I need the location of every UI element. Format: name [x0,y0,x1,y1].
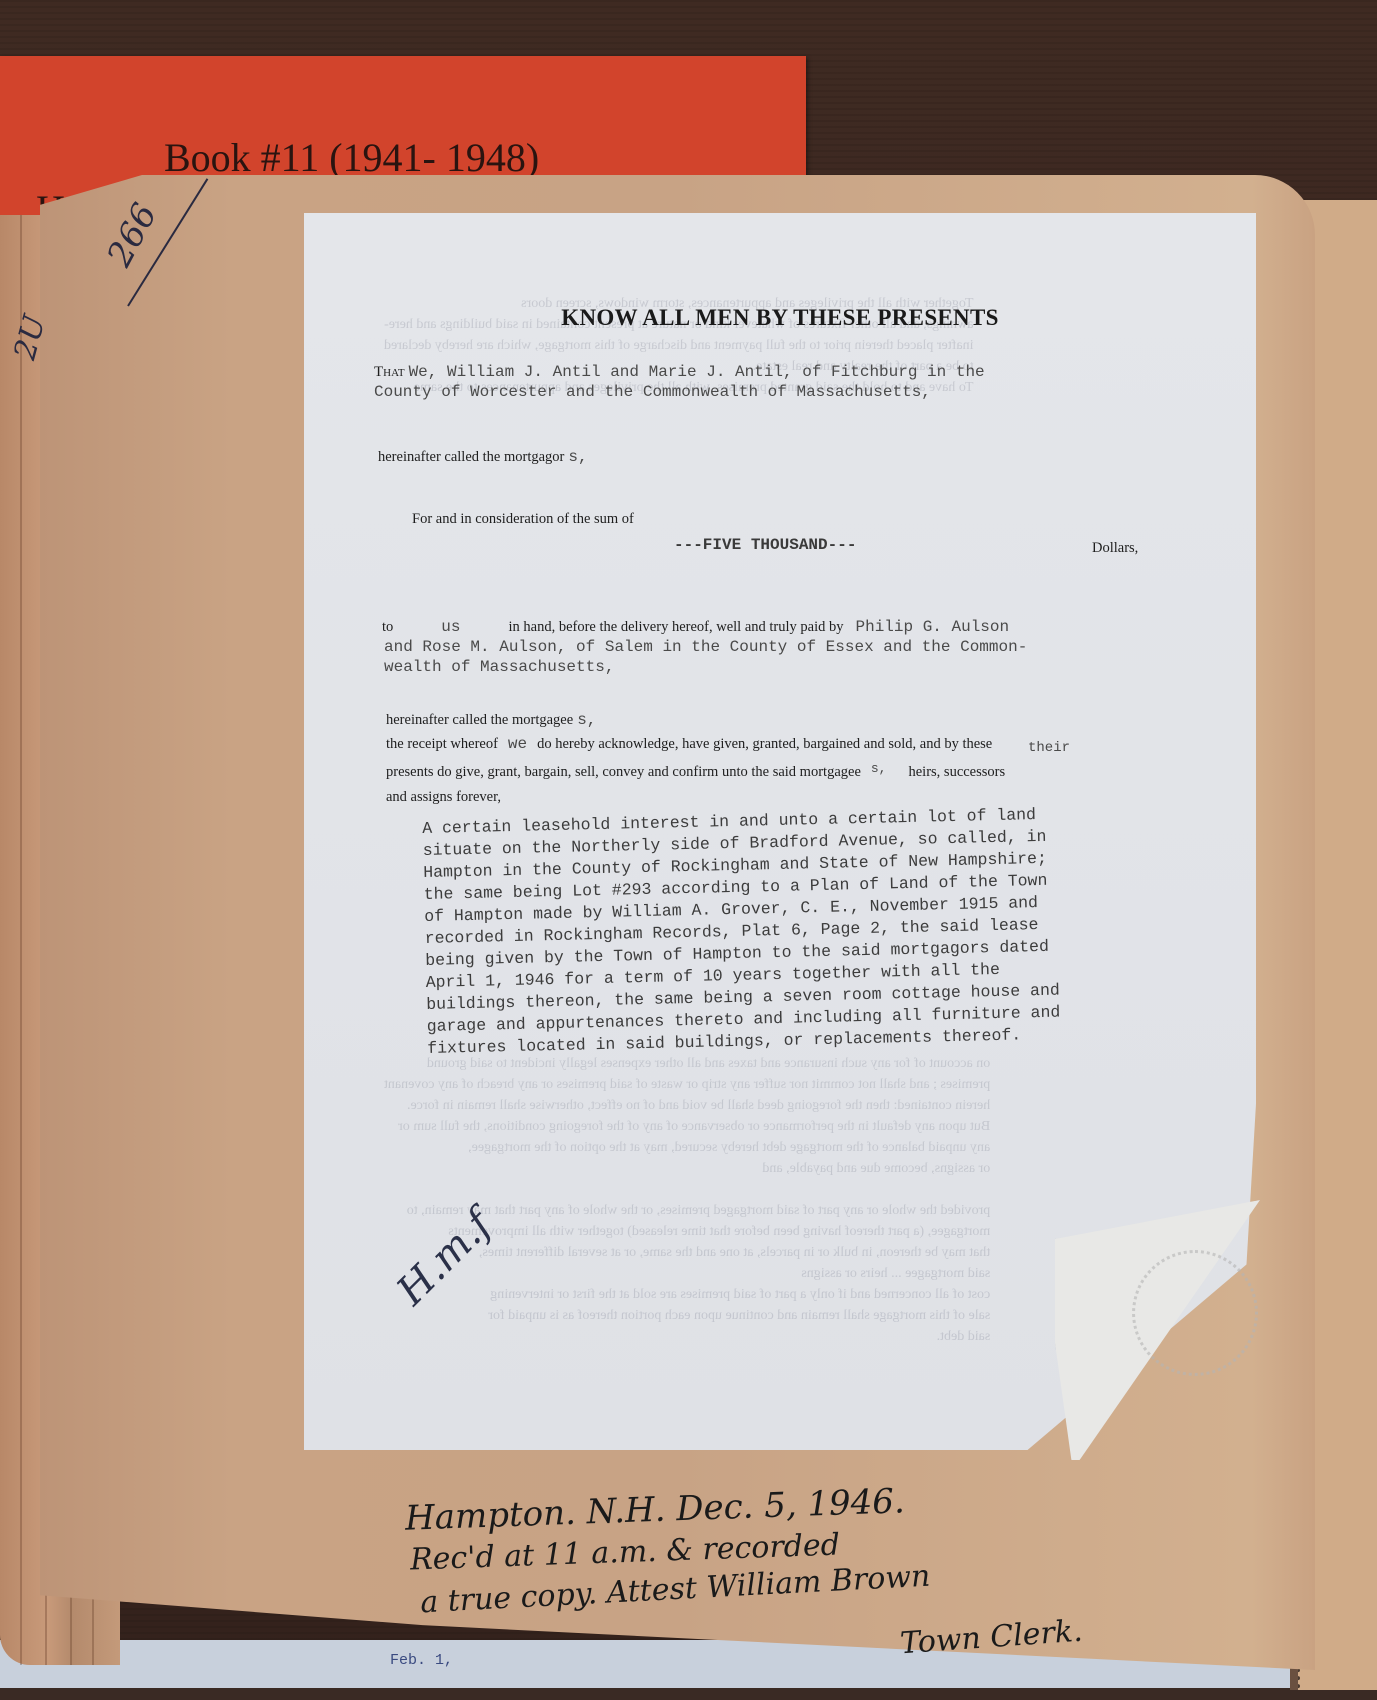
presents-row: presents do give, grant, bargain, sell, … [386,761,1005,781]
mortgagee-label: hereinafter called the mortgagee [386,712,573,728]
mortgagees-line-3: wealth of Massachusetts, [384,658,614,676]
receipt-label: the receipt whereof [386,736,498,752]
parties-block: That We, William J. Antil and Marie J. A… [374,363,985,381]
to-value: us [441,618,460,636]
red-book-title: Book #11 (1941- 1948) [164,134,539,181]
assigns-label: and assigns forever, [386,789,501,806]
paid-by-label: in hand, before the delivery hereof, wel… [508,619,843,635]
payee-row: to us in hand, before the delivery hereo… [382,618,1009,636]
dollars-label: Dollars, [1092,540,1138,557]
document-heading: KNOW ALL MEN BY THESE PRESENTS [304,305,1256,331]
presents-label: presents do give, grant, bargain, sell, … [386,764,861,780]
property-description: A certain leasehold interest in and unto… [422,801,1187,1060]
to-label: to [382,619,393,635]
receipt-rest: do hereby acknowledge, have given, grant… [537,736,992,752]
mortgagors-line-1: We, William J. Antil and Marie J. Antil,… [409,363,985,381]
mortgagors-line-2: County of Worcester and the Commonwealth… [374,383,931,401]
bleed-through-text-lower: on account of for any such insurance and… [384,1053,990,1347]
mortgagees-line-1: Philip G. Aulson [855,618,1009,636]
presents-suffix: s, [871,761,887,776]
table-edge [0,1688,1377,1700]
heirs-label: heirs, successors [908,764,1005,780]
that-label: That [374,364,405,380]
receipt-value: we [508,735,527,753]
mortgagor-row: hereinafter called the mortgagor s, [378,448,588,466]
mortgagor-label: hereinafter called the mortgagor [378,449,564,465]
receipt-row: the receipt whereof we do hereby acknowl… [386,735,992,753]
their-value: their [1028,740,1070,756]
consideration-label: For and in consideration of the sum of [412,511,634,528]
mortgagee-suffix: s, [577,711,596,729]
amount-value: ---FIVE THOUSAND--- [674,536,856,554]
embossed-seal [1132,1250,1258,1376]
mortgagee-row: hereinafter called the mortgagee s, [386,711,596,729]
bottom-sheet-text: Feb. 1, [390,1652,453,1669]
mortgagor-suffix: s, [568,448,587,466]
mortgagees-line-2: and Rose M. Aulson, of Salem in the Coun… [384,638,1027,656]
